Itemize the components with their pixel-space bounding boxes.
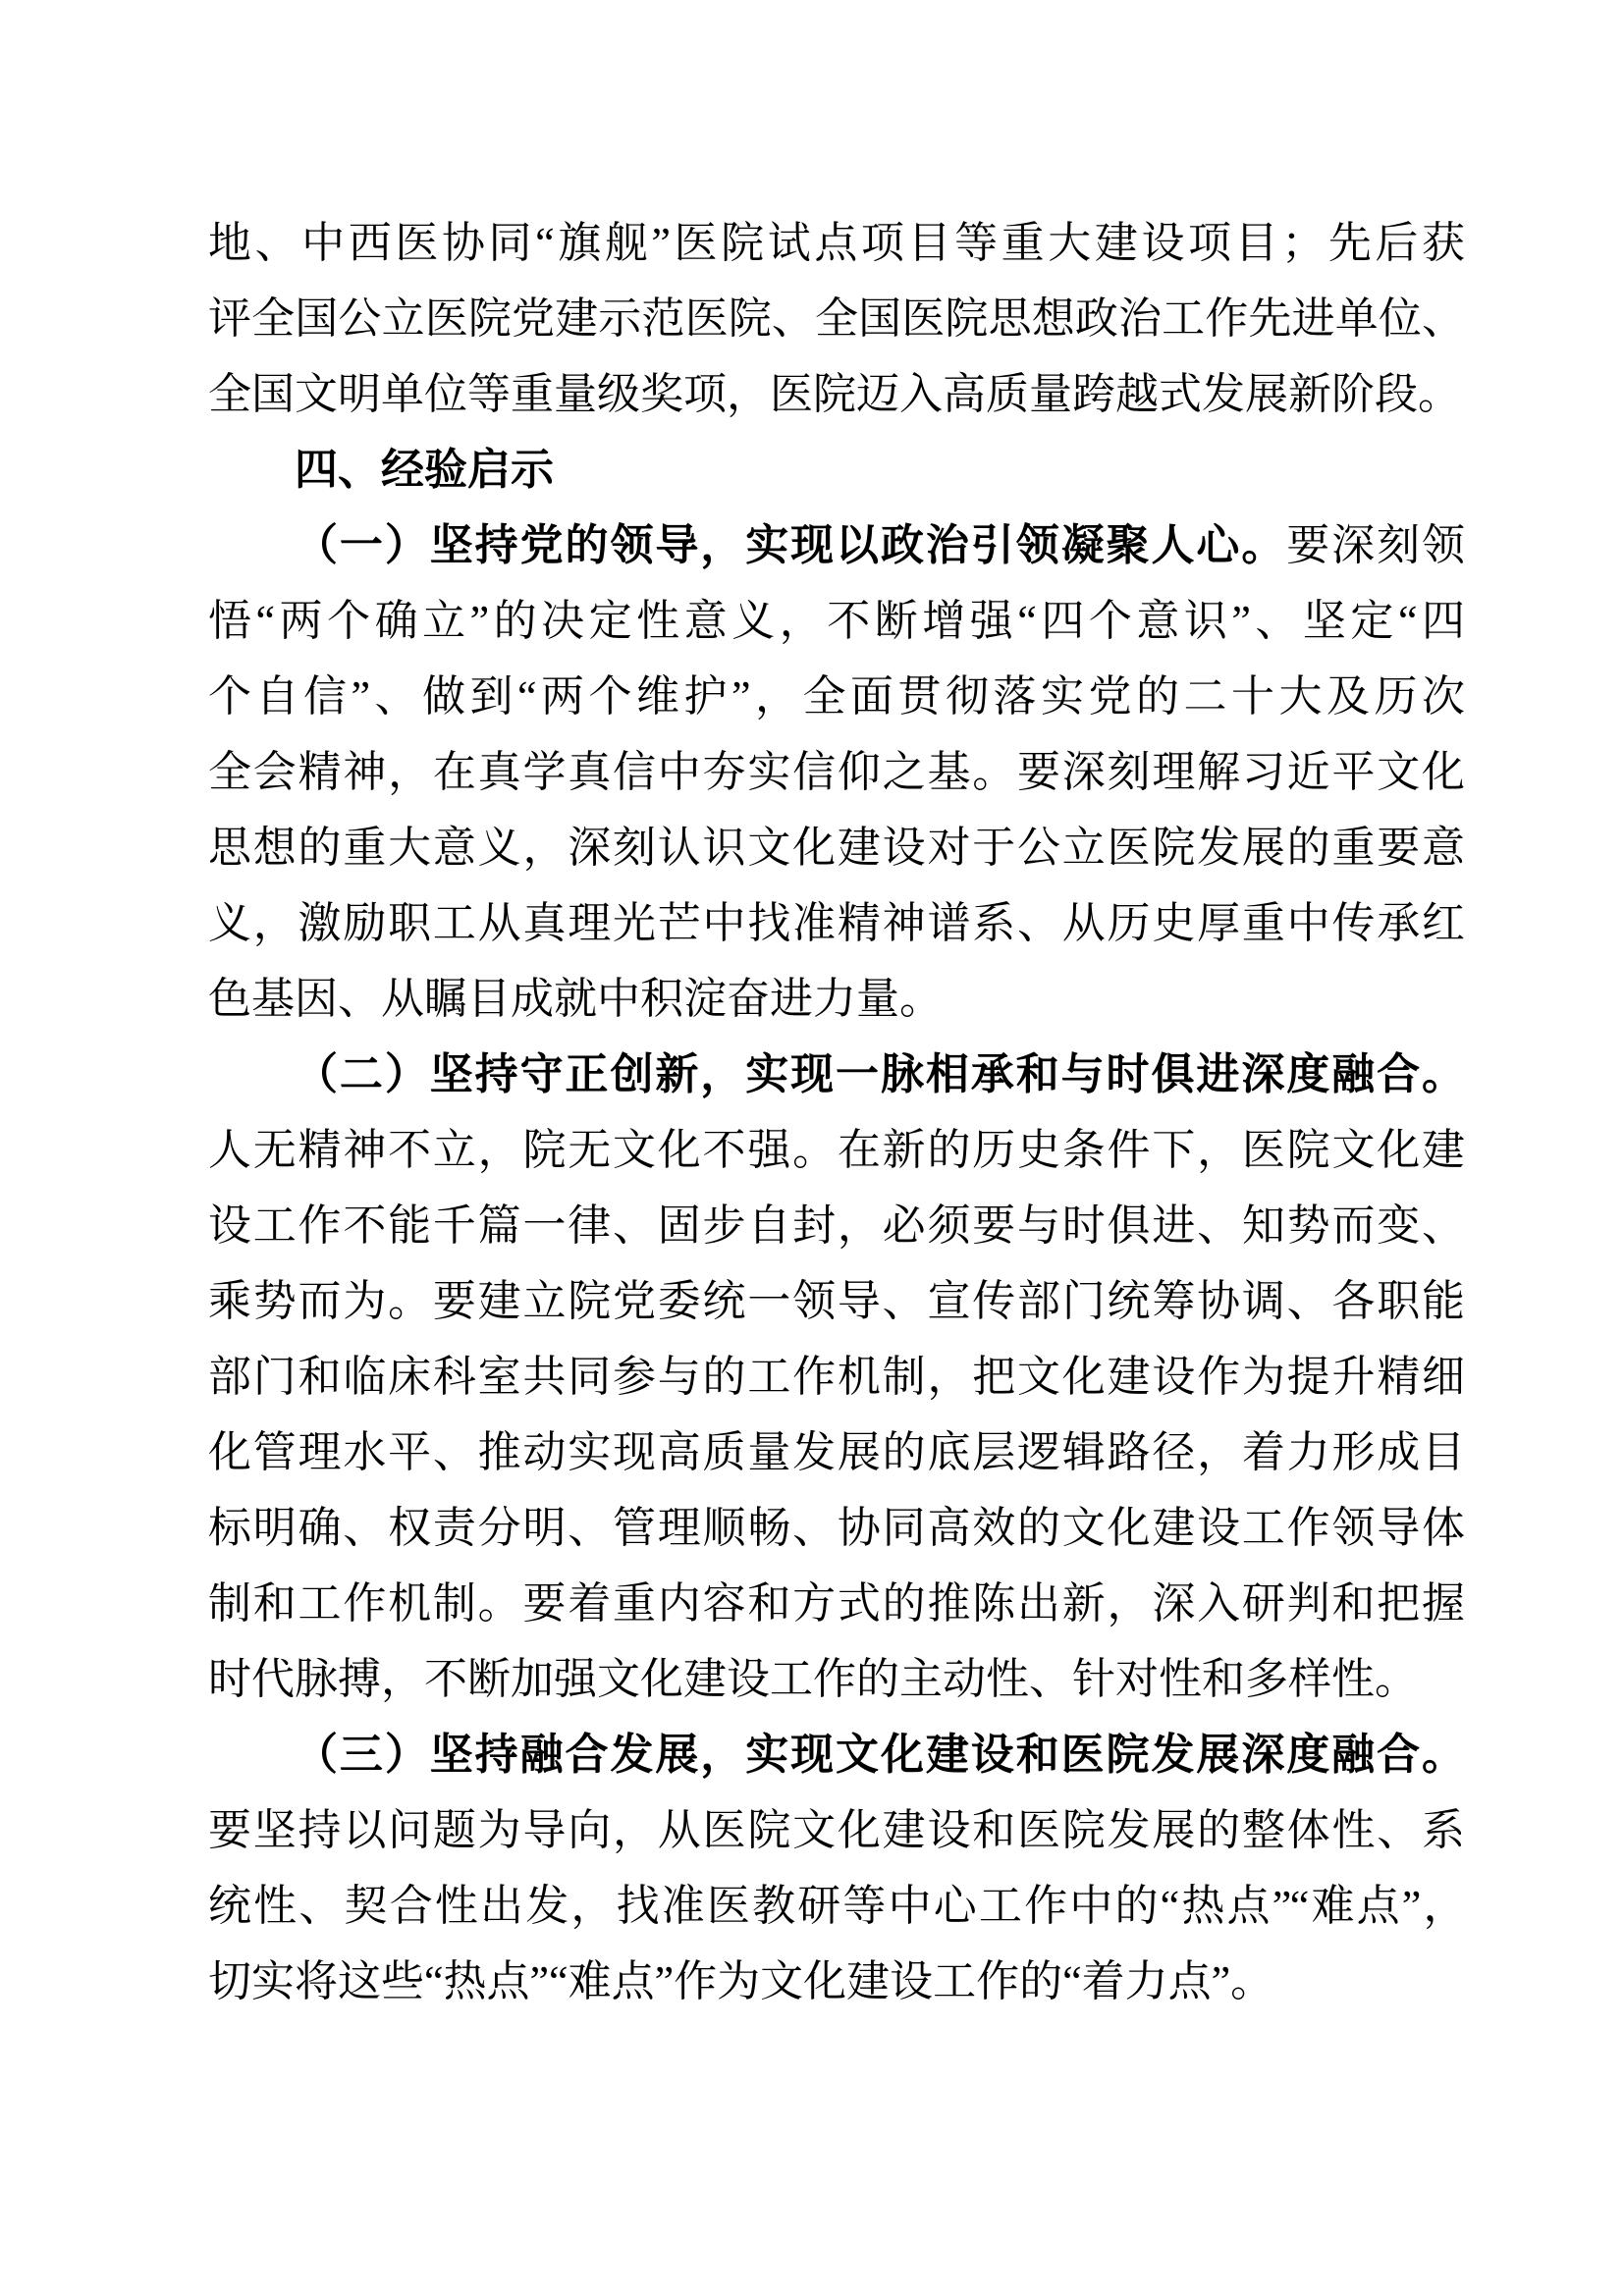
paragraph-lead: （一）坚持党的领导，实现以政治引领凝聚人心。 [295, 521, 1286, 569]
text-line: 全会精神，在真学真信中夯实信仰之基。要深刻理解习近平文化 [208, 734, 1465, 810]
text-line: 乘势而为。要建立院党委统一领导、宣传部门统筹协调、各职能 [208, 1263, 1465, 1339]
text-line: 义，激励职工从真理光芒中找准精神谱系、从历史厚重中传承红 [208, 885, 1465, 961]
line-text: 制和工作机制。要着重内容和方式的推陈出新，深入研判和把握 [208, 1579, 1465, 1628]
text-line: 标明确、权责分明、管理顺畅、协同高效的文化建设工作领导体 [208, 1490, 1465, 1566]
document-text-block: 地、中西医协同“旗舰”医院试点项目等重大建设项目；先后获 评全国公立医院党建示范… [208, 205, 1465, 2019]
line-text: 思想的重大意义，深刻认识文化建设对于公立医院发展的重要意 [208, 824, 1465, 872]
line-text: 义，激励职工从真理光芒中找准精神谱系、从历史厚重中传承红 [208, 899, 1465, 947]
line-text: 全国文明单位等重量级奖项，医院迈入高质量跨越式发展新阶段。 [208, 370, 1461, 418]
text-line: 统性、契合性出发，找准医教研等中心工作中的“热点”“难点”， [208, 1868, 1465, 1944]
text-line: 个自信”、做到“两个维护”，全面贯彻落实党的二十大及历次 [208, 659, 1465, 734]
text-line: 思想的重大意义，深刻认识文化建设对于公立医院发展的重要意 [208, 810, 1465, 885]
text-line: 切实将这些“热点”“难点”作为文化建设工作的“着力点”。 [208, 1944, 1465, 2019]
heading-text: 四、经验启示 [295, 446, 554, 494]
line-text: 时代脉搏，不断加强文化建设工作的主动性、针对性和多样性。 [208, 1655, 1418, 1703]
document-page: 地、中西医协同“旗舰”医院试点项目等重大建设项目；先后获 评全国公立医院党建示范… [0, 0, 1624, 2296]
line-text: 地、中西医协同“旗舰”医院试点项目等重大建设项目；先后获 [208, 219, 1465, 267]
text-line: 人无精神不立，院无文化不强。在新的历史条件下，医院文化建 [208, 1112, 1465, 1188]
text-line: （三）坚持融合发展，实现文化建设和医院发展深度融合。 [208, 1717, 1465, 1792]
line-text: 部门和临床科室共同参与的工作机制，把文化建设作为提升精细 [208, 1353, 1465, 1401]
line-text: 要坚持以问题为导向，从医院文化建设和医院发展的整体性、系 [208, 1806, 1465, 1854]
line-text: 化管理水平、推动实现高质量发展的底层逻辑路径，着力形成目 [208, 1428, 1465, 1476]
line-text: 色基因、从瞩目成就中积淀奋进力量。 [208, 975, 943, 1023]
line-text: 统性、契合性出发，找准医教研等中心工作中的“热点”“难点”， [208, 1882, 1465, 1930]
line-text: 评全国公立医院党建示范医院、全国医院思想政治工作先进单位、 [208, 294, 1465, 343]
line-text: 个自信”、做到“两个维护”，全面贯彻落实党的二十大及历次 [208, 672, 1465, 721]
text-line: （二）坚持守正创新，实现一脉相承和与时俱进深度融合。 [208, 1037, 1465, 1112]
text-line: 制和工作机制。要着重内容和方式的推陈出新，深入研判和把握 [208, 1566, 1465, 1641]
line-text: 全会精神，在真学真信中夯实信仰之基。要深刻理解习近平文化 [208, 748, 1465, 796]
text-line: 设工作不能千篇一律、固步自封，必须要与时俱进、知势而变、 [208, 1188, 1465, 1263]
line-text: 设工作不能千篇一律、固步自封，必须要与时俱进、知势而变、 [208, 1201, 1465, 1250]
line-text: 切实将这些“热点”“难点”作为文化建设工作的“着力点”。 [208, 1957, 1273, 2005]
paragraph-lead: （三）坚持融合发展，实现文化建设和医院发展深度融合。 [295, 1731, 1465, 1779]
text-line: 要坚持以问题为导向，从医院文化建设和医院发展的整体性、系 [208, 1792, 1465, 1868]
text-line: （一）坚持党的领导，实现以政治引领凝聚人心。要深刻领 [208, 507, 1465, 583]
text-line: 全国文明单位等重量级奖项，医院迈入高质量跨越式发展新阶段。 [208, 356, 1465, 432]
paragraph-lead: （二）坚持守正创新，实现一脉相承和与时俱进深度融合。 [295, 1050, 1465, 1098]
line-text: 人无精神不立，院无文化不强。在新的历史条件下，医院文化建 [208, 1126, 1465, 1174]
section-heading: 四、经验启示 [208, 432, 1465, 507]
text-line: 化管理水平、推动实现高质量发展的底层逻辑路径，着力形成目 [208, 1415, 1465, 1490]
text-line: 评全国公立医院党建示范医院、全国医院思想政治工作先进单位、 [208, 281, 1465, 356]
text-line: 部门和临床科室共同参与的工作机制，把文化建设作为提升精细 [208, 1339, 1465, 1415]
text-line: 时代脉搏，不断加强文化建设工作的主动性、针对性和多样性。 [208, 1641, 1465, 1717]
text-line: 地、中西医协同“旗舰”医院试点项目等重大建设项目；先后获 [208, 205, 1465, 281]
line-text: 悟“两个确立”的决定性意义，不断增强“四个意识”、坚定“四 [208, 597, 1465, 645]
line-text: 标明确、权责分明、管理顺畅、协同高效的文化建设工作领导体 [208, 1504, 1465, 1552]
text-line: 悟“两个确立”的决定性意义，不断增强“四个意识”、坚定“四 [208, 583, 1465, 659]
line-text: 要深刻领 [1286, 521, 1465, 569]
text-line: 色基因、从瞩目成就中积淀奋进力量。 [208, 961, 1465, 1037]
line-text: 乘势而为。要建立院党委统一领导、宣传部门统筹协调、各职能 [208, 1277, 1465, 1325]
